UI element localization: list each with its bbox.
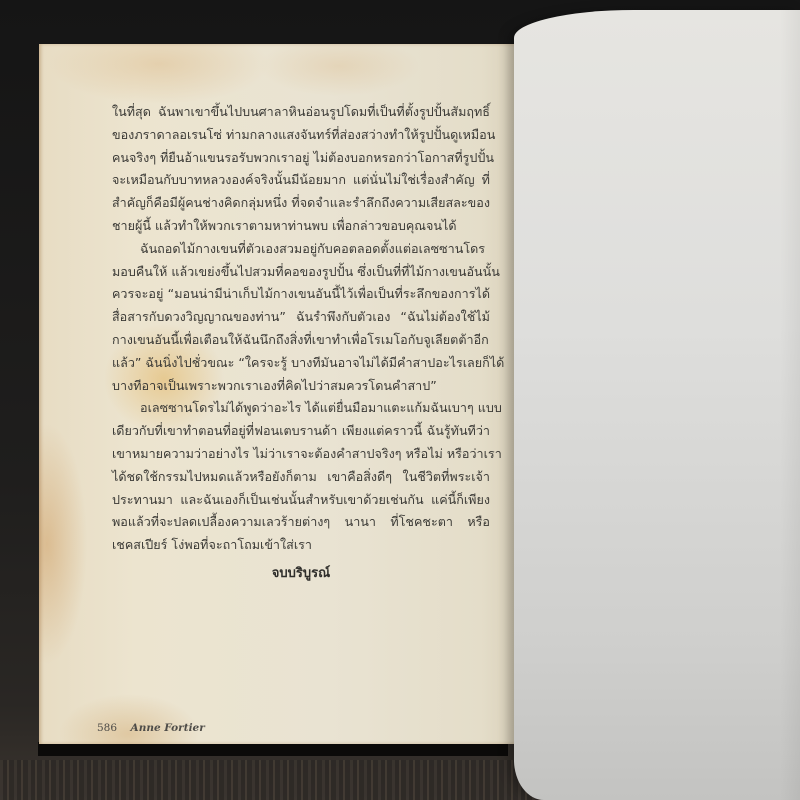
text-line: พอแล้วที่จะปลดเปลื้องความเลวร้ายต่างๆ นา… (112, 511, 490, 534)
text-line: มอบคืนให้ แล้วเขย่งขึ้นไปสวมที่คอของรูปป… (112, 261, 490, 284)
table-wood-grain (0, 760, 540, 800)
text-line: สำคัญก็คือมีผู้คนช่างคิดกลุ่มหนึ่ง ที่จด… (112, 192, 490, 215)
text-line: บางทีอาจเป็นเพราะพวกเราเองที่คิดไปว่าสมค… (112, 375, 490, 398)
text-line: เชคสเปียร์ โง่พอที่จะถาโถมเข้าใส่เรา (112, 534, 490, 557)
text-line: จะเหมือนกับบาทหลวงองค์จริงนั้นมีน้อยมาก … (112, 169, 490, 192)
text-line: เขาหมายความว่าอย่างไร ไม่ว่าเราจะต้องคำส… (112, 443, 490, 466)
text-line: ฉันถอดไม้กางเขนที่ตัวเองสวมอยู่กับคอตลอด… (112, 238, 490, 261)
page-number: 586 (97, 722, 117, 734)
text-line: ชายผู้นี้ แล้วทำให้พวกเราตามหาท่านพบ เพื… (112, 215, 490, 238)
text-line: ของภราดาลอเรนโซ่ ท่ามกลางแสงจันทร์ที่ส่อ… (112, 124, 490, 147)
text-line: เดียวกับที่เขาทำตอนที่อยู่ที่ฟอนเตบรานด้… (112, 420, 490, 443)
text-line: ประทานมา และฉันเองก็เป็นเช่นนั้นสำหรับเข… (112, 489, 490, 512)
running-author: Anne Fortier (131, 722, 205, 734)
text-line: กางเขนอันนี้เพื่อเตือนให้ฉันนึกถึงสิ่งที… (112, 329, 490, 352)
page-shadow (38, 742, 508, 756)
text-line: คนจริงๆ ที่ยืนอ้าแขนรอรับพวกเราอยู่ ไม่ต… (112, 147, 490, 170)
text-line: ควรจะอยู่ “มอนน่ามีน่าเก็บไม้กางเขนอันนี… (112, 283, 490, 306)
right-book-page-blank (514, 10, 800, 800)
text-line: แล้ว” ฉันนิ่งไปชั่วขณะ “ใครจะรู้ บางทีมั… (112, 352, 490, 375)
text-line: ในที่สุด ฉันพาเขาขึ้นไปบนศาลาหินอ่อนรูปโ… (112, 101, 490, 124)
text-line: อเลซซานโดรไม่ได้พูดว่าอะไร ได้แต่ยื่นมือ… (112, 397, 490, 420)
text-line: สื่อสารกับดวงวิญญาณของท่าน” ฉันรำพึงกับต… (112, 306, 490, 329)
text-line: ได้ชดใช้กรรมไปหมดแล้วหรือยังก็ตาม เขาคือ… (112, 466, 490, 489)
page-footer: 586 Anne Fortier (97, 721, 205, 734)
body-text: ในที่สุด ฉันพาเขาขึ้นไปบนศาลาหินอ่อนรูปโ… (112, 101, 490, 557)
ending-heading: จบบริบูรณ์ (112, 562, 490, 583)
right-page-edge (780, 10, 800, 800)
